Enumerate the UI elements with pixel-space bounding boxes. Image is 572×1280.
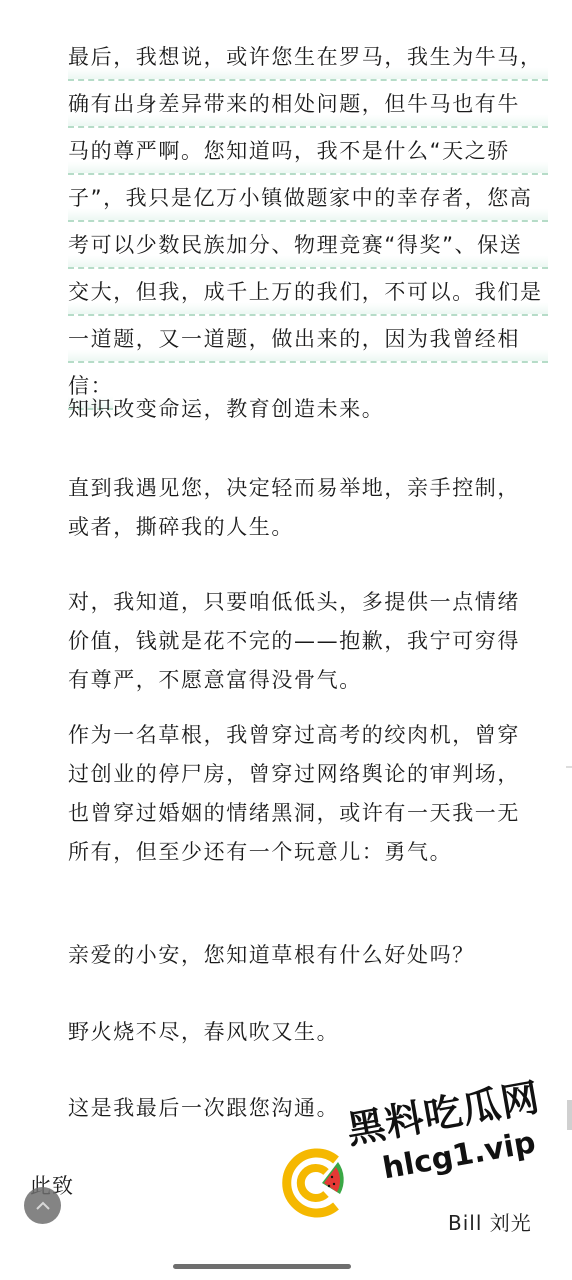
text-line: 知识改变命运，教育创造未来。: [68, 390, 548, 429]
text-line: 考可以少数民族加分、物理竞赛“得奖”、保送: [68, 229, 548, 269]
text-line: 最后，我想说，或许您生在罗马，我生为牛马，: [68, 41, 548, 81]
text-line: 过创业的停尸房，曾穿过网络舆论的审判场，: [68, 755, 548, 794]
back-to-top-button[interactable]: [24, 1187, 61, 1224]
text-line: 马的尊严啊。您知道吗，我不是什么“天之骄: [68, 135, 548, 175]
scroll-marker: [566, 766, 572, 768]
text-line: 一道题，又一道题，做出来的，因为我曾经相: [68, 323, 548, 363]
home-indicator[interactable]: [173, 1264, 351, 1269]
scrollbar-thumb[interactable]: [567, 1100, 572, 1130]
text-line: 交大，但我，成千上万的我们，不可以。我们是: [68, 276, 548, 316]
paragraph-highlighted: 最后，我想说，或许您生在罗马，我生为牛马， 确有出身差异带来的相处问题，但牛马也…: [68, 41, 548, 417]
chevron-up-icon: [35, 1196, 51, 1215]
text-line: 有尊严，不愿意富得没骨气。: [68, 661, 548, 700]
paragraph: 对，我知道，只要咱低低头，多提供一点情绪 价值，钱就是花不完的——抱歉，我宁可穷…: [68, 583, 548, 700]
paragraph: 野火烧不尽，春风吹又生。: [68, 1013, 548, 1052]
text-line: 价值，钱就是花不完的——抱歉，我宁可穷得: [68, 622, 548, 661]
paragraph: 直到我遇见您，决定轻而易举地，亲手控制， 或者，撕碎我的人生。: [68, 469, 548, 547]
text-line: 野火烧不尽，春风吹又生。: [68, 1013, 548, 1052]
text-line: 或者，撕碎我的人生。: [68, 508, 548, 547]
paragraph: 亲爱的小安，您知道草根有什么好处吗？: [68, 936, 548, 975]
text-line: 作为一名草根，我曾穿过高考的绞肉机，曾穿: [68, 716, 548, 755]
watermark-logo-icon: [282, 1148, 352, 1218]
text-line: 确有出身差异带来的相处问题，但牛马也有牛: [68, 88, 548, 128]
text-line: 亲爱的小安，您知道草根有什么好处吗？: [68, 936, 548, 975]
text-line: 也曾穿过婚姻的情绪黑洞，或许有一天我一无: [68, 794, 548, 833]
text-line: 所有，但至少还有一个玩意儿：勇气。: [68, 833, 548, 872]
paragraph: 作为一名草根，我曾穿过高考的绞肉机，曾穿 过创业的停尸房，曾穿过网络舆论的审判场…: [68, 716, 548, 872]
text-line: 对，我知道，只要咱低低头，多提供一点情绪: [68, 583, 548, 622]
watermark: 黑料吃瓜网 hlcg1.vip: [282, 1100, 572, 1230]
text-line: 子”，我只是亿万小镇做题家中的幸存者，您高: [68, 182, 548, 222]
paragraph: 知识改变命运，教育创造未来。: [68, 390, 548, 429]
text-line: 直到我遇见您，决定轻而易举地，亲手控制，: [68, 469, 548, 508]
